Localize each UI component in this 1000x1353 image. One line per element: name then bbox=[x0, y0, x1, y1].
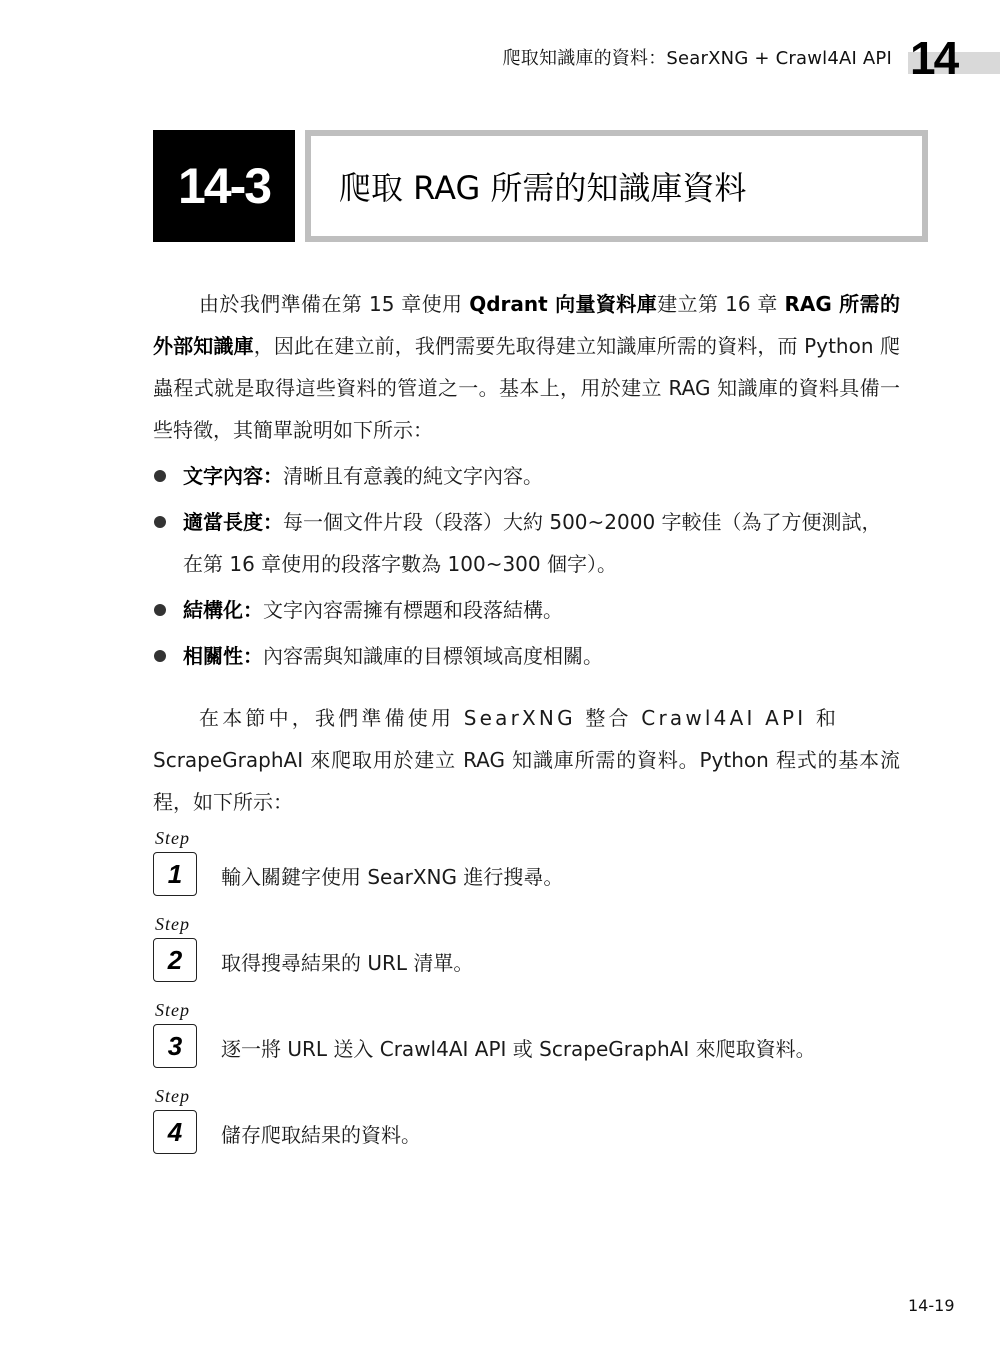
list-item-text: 內容需與知識庫的目標領域高度相關。 bbox=[263, 644, 603, 668]
workflow-paragraph: 在本節中，我們準備使用 SearXNG 整合 Crawl4AI API 和 Sc… bbox=[153, 697, 900, 823]
bullet-icon bbox=[154, 650, 166, 662]
feature-list: 文字內容：清晰且有意義的純文字內容。 適當長度：每一個文件片段（段落）大約 50… bbox=[153, 455, 900, 681]
bullet-icon bbox=[154, 470, 166, 482]
list-item: 適當長度：每一個文件片段（段落）大約 500~2000 字較佳（為了方便測試，在… bbox=[153, 501, 900, 585]
step-number-box: 1 bbox=[153, 852, 197, 896]
intro-paragraph: 由於我們準備在第 15 章使用 Qdrant 向量資料庫建立第 16 章 RAG… bbox=[153, 283, 900, 451]
list-item-text: 清晰且有意義的純文字內容。 bbox=[283, 464, 543, 488]
step-text: 取得搜尋結果的 URL 清單。 bbox=[221, 947, 473, 976]
section-title-box: 爬取 RAG 所需的知識庫資料 bbox=[305, 130, 928, 242]
bullet-icon bbox=[154, 516, 166, 528]
step-text: 逐一將 URL 送入 Crawl4AI API 或 ScrapeGraphAI … bbox=[221, 1033, 816, 1062]
list-item-term: 結構化： bbox=[183, 598, 263, 622]
workflow-line-rest: ScrapeGraphAI 來爬取用於建立 RAG 知識庫所需的資料。Pytho… bbox=[153, 739, 900, 823]
section-title: 爬取 RAG 所需的知識庫資料 bbox=[339, 163, 746, 209]
running-header-title: 爬取知識庫的資料：SearXNG + Crawl4AI API bbox=[503, 44, 892, 70]
intro-text-3: ，因此在建立前，我們需要先取得建立知識庫所需的資料，而 Python 爬蟲程式就… bbox=[153, 334, 900, 442]
step-label: Step bbox=[155, 1086, 190, 1107]
intro-text-2: 建立第 16 章 bbox=[657, 292, 784, 316]
list-item-term: 相關性： bbox=[183, 644, 263, 668]
list-item-term: 文字內容： bbox=[183, 464, 283, 488]
list-item: 相關性：內容需與知識庫的目標領域高度相關。 bbox=[153, 635, 900, 677]
step-number-box: 3 bbox=[153, 1024, 197, 1068]
intro-text-1: 由於我們準備在第 15 章使用 bbox=[199, 292, 469, 316]
list-item: 文字內容：清晰且有意義的純文字內容。 bbox=[153, 455, 900, 497]
step-label: Step bbox=[155, 828, 190, 849]
workflow-line-1: 在本節中，我們準備使用 SearXNG 整合 Crawl4AI API 和 bbox=[153, 697, 900, 739]
chapter-number: 14 bbox=[910, 30, 957, 86]
section-number: 14-3 bbox=[153, 130, 295, 242]
intro-bold-1: Qdrant 向量資料庫 bbox=[469, 292, 657, 316]
step-label: Step bbox=[155, 914, 190, 935]
page-number: 14-19 bbox=[908, 1296, 955, 1315]
step-number-box: 2 bbox=[153, 938, 197, 982]
list-item-term: 適當長度： bbox=[183, 510, 283, 534]
step-text: 儲存爬取結果的資料。 bbox=[221, 1119, 421, 1148]
list-item-text: 每一個文件片段（段落）大約 500~2000 字較佳（為了方便測試，在第 16 … bbox=[183, 510, 882, 576]
step-text: 輸入關鍵字使用 SearXNG 進行搜尋。 bbox=[221, 861, 563, 890]
step-label: Step bbox=[155, 1000, 190, 1021]
section-number-text: 14-3 bbox=[178, 157, 270, 215]
bullet-icon bbox=[154, 604, 166, 616]
list-item-text: 文字內容需擁有標題和段落結構。 bbox=[263, 598, 563, 622]
list-item: 結構化：文字內容需擁有標題和段落結構。 bbox=[153, 589, 900, 631]
step-number-box: 4 bbox=[153, 1110, 197, 1154]
